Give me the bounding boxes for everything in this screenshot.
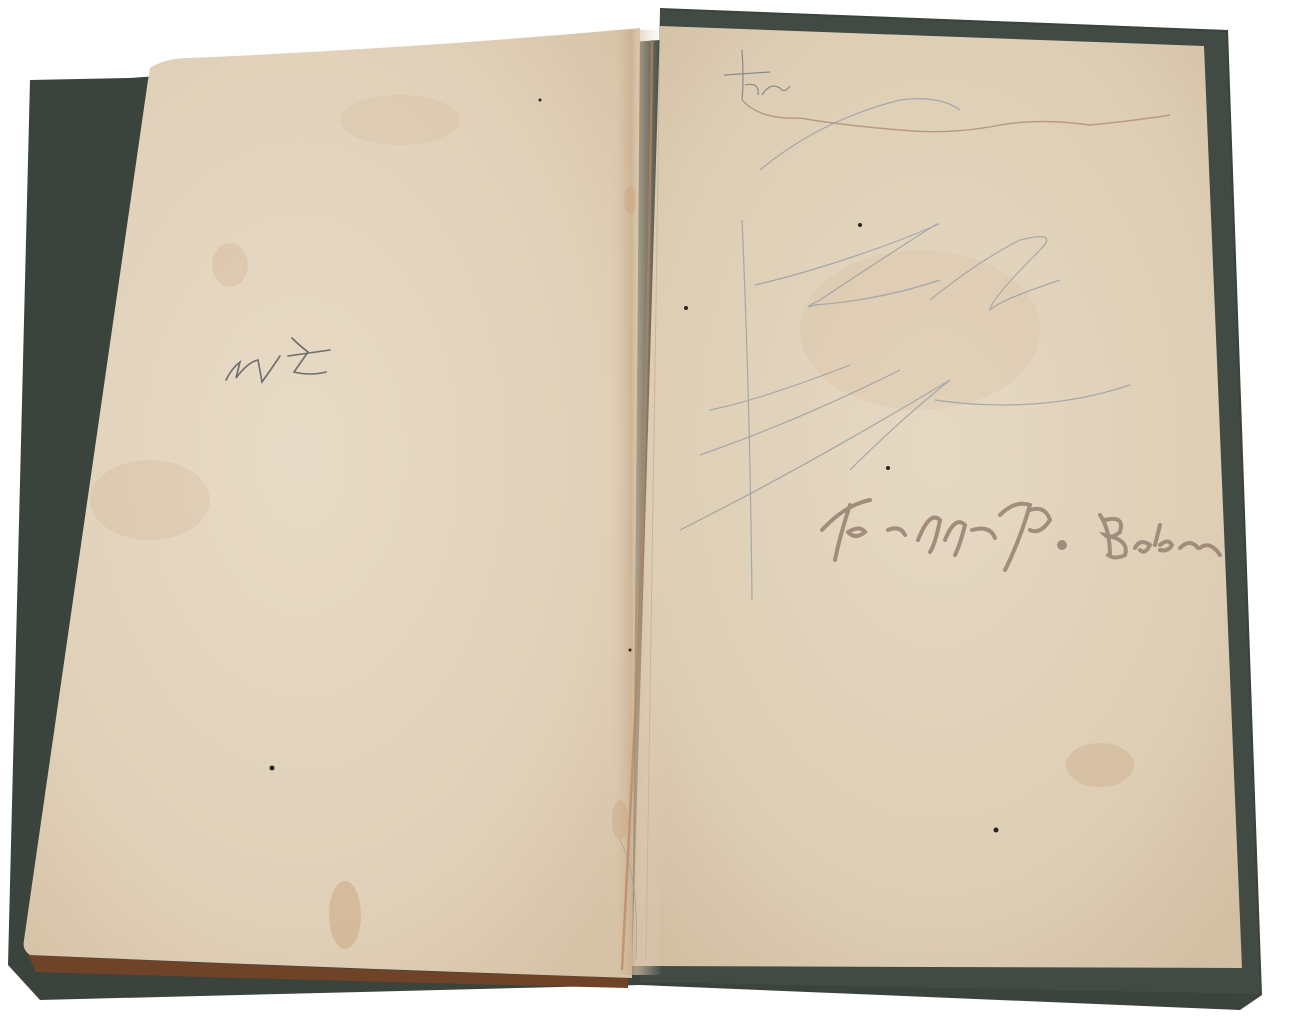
book-illustration	[0, 0, 1300, 1019]
right-page	[632, 26, 1242, 968]
book-photo: Mt Fm Joseph H. Baker practice pen strok…	[0, 0, 1300, 1019]
